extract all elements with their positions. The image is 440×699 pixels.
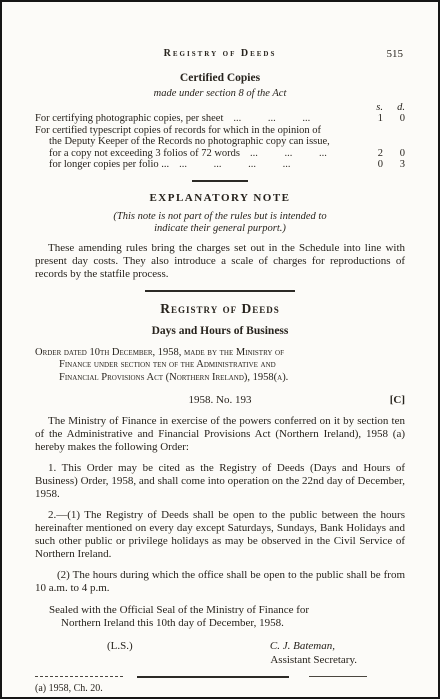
fee-row: the Deputy Keeper of the Records no phot… (35, 136, 405, 148)
citation-line: Order dated 10th December, 1958, made by… (35, 347, 405, 360)
order-number-line: 1958. No. 193 [C] (35, 394, 405, 407)
order-paragraph: The Ministry of Finance in exercise of t… (35, 415, 405, 454)
explanatory-note-body: These amending rules bring the charges s… (35, 242, 405, 281)
sealed-clause: Sealed with the Official Seal of the Min… (35, 604, 405, 630)
order-paragraph: 2.—(1) The Registry of Deeds shall be op… (35, 509, 405, 561)
certified-copies-title: Certified Copies (35, 72, 405, 84)
citation-line: Finance under section ten of the Adminis… (35, 359, 405, 372)
fee-description: For certifying photographic copies, per … (35, 113, 223, 125)
dot-leaders: ... ... ... ... (169, 159, 365, 171)
signature-block: (L.S.) C. J. Bateman, Assistant Secretar… (35, 640, 405, 666)
order-citation: Order dated 10th December, 1958, made by… (35, 347, 405, 385)
parenthetical-line: (This note is not part of the rules but … (35, 211, 405, 223)
document-page: Registry of Deeds 515 Certified Copies m… (0, 0, 440, 699)
fee-table-header-spacer (35, 102, 365, 113)
fee-description: for longer copies per folio ... (35, 159, 169, 171)
footnote-rule (35, 675, 405, 678)
explanatory-note-title: EXPLANATORY NOTE (35, 192, 405, 204)
fee-row: for longer copies per folio ... ... ... … (35, 159, 405, 171)
section-divider-rule (145, 290, 295, 292)
fee-row: For certifying photographic copies, per … (35, 113, 405, 125)
certified-copies-subtitle: made under section 8 of the Act (35, 88, 405, 99)
sealed-clause-line: Sealed with the Official Seal of the Min… (35, 604, 405, 617)
order-number: 1958. No. 193 (189, 394, 252, 406)
order-paragraph: (2) The hours during which the office sh… (35, 569, 405, 595)
citation-line: Financial Provisions Act (Northern Irela… (35, 372, 405, 385)
fee-description: For certified typescript copies of recor… (35, 125, 321, 137)
section-divider-rule (192, 180, 248, 182)
fee-pence: 0 (383, 148, 405, 160)
running-head: Registry of Deeds 515 (35, 48, 405, 61)
fee-shillings: 1 (365, 113, 383, 125)
fee-shillings: 2 (365, 148, 383, 160)
classification-mark: [C] (390, 394, 405, 406)
parenthetical-line: indicate their general purport.) (35, 223, 405, 235)
fee-pence: 0 (383, 113, 405, 125)
shillings-column-header: s. (365, 102, 383, 113)
dot-leaders: ... ... ... (240, 148, 365, 160)
fee-row: For certified typescript copies of recor… (35, 125, 405, 137)
fee-pence: 3 (383, 159, 405, 171)
dot-leaders: ... ... ... (223, 113, 365, 125)
signature-name: C. J. Bateman, (133, 640, 405, 652)
fee-description: the Deputy Keeper of the Records no phot… (35, 136, 330, 148)
fee-table: For certifying photographic copies, per … (35, 113, 405, 171)
signature: C. J. Bateman, Assistant Secretary. (133, 640, 405, 666)
order-paragraph: 1. This Order may be cited as the Regist… (35, 462, 405, 501)
footnote-rule-segment (35, 676, 123, 677)
footnote-rule-segment (309, 676, 367, 677)
fee-table-column-headers: s. d. (35, 102, 405, 113)
page-number: 515 (387, 48, 404, 60)
pence-column-header: d. (383, 102, 405, 113)
fee-shillings: 0 (365, 159, 383, 171)
footnote-rule-segment (137, 676, 289, 678)
seal-mark: (L.S.) (35, 640, 133, 666)
explanatory-note-parenthetical: (This note is not part of the rules but … (35, 211, 405, 235)
footnote: (a) 1958, Ch. 20. (35, 683, 405, 694)
sealed-clause-line: Northern Ireland this 10th day of Decemb… (35, 617, 405, 630)
fee-description: for a copy not exceeding 3 folios of 72 … (35, 148, 240, 160)
signature-title: Assistant Secretary. (133, 654, 405, 666)
order-section-subtitle: Days and Hours of Business (35, 325, 405, 337)
order-section-title: Registry of Deeds (35, 301, 405, 317)
fee-row: for a copy not exceeding 3 folios of 72 … (35, 148, 405, 160)
running-title: Registry of Deeds (164, 48, 277, 59)
